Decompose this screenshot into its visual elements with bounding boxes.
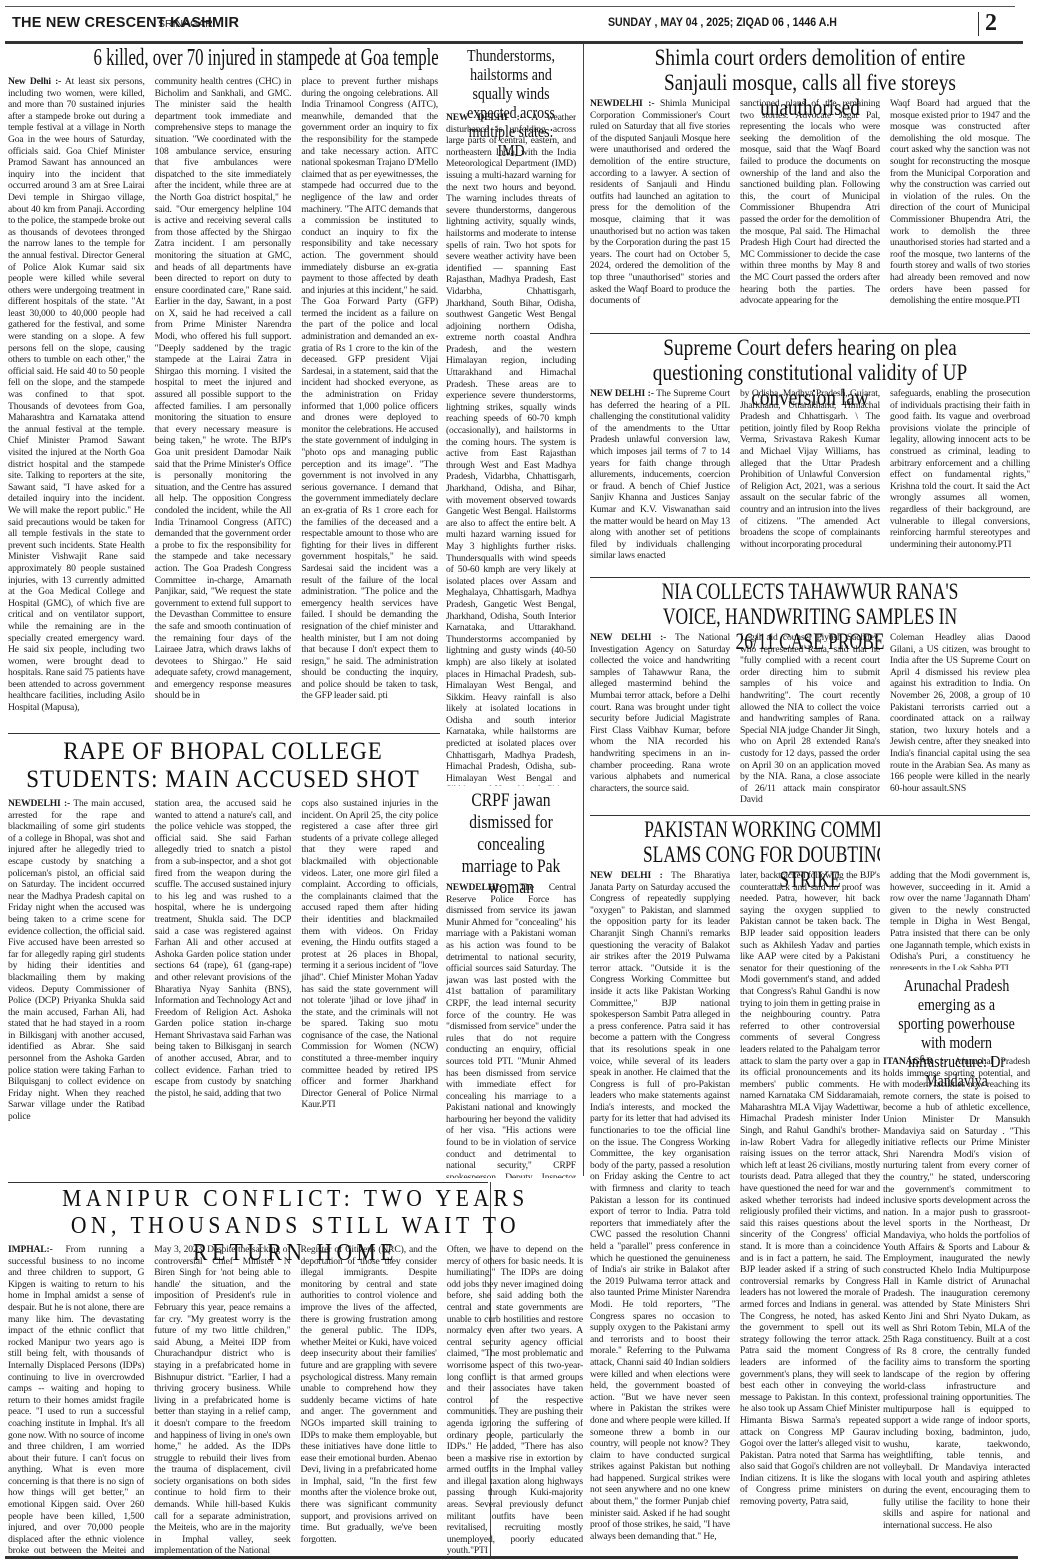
dateline: New Delhi :- [8,76,61,87]
divider [590,815,1030,816]
article-column: station area, the accused said he wanted… [155,798,292,1176]
divider [590,333,1030,334]
article-column: place to prevent further mishaps during … [301,76,438,730]
article-column: New Delhi :- At least six persons, inclu… [8,76,145,730]
article-column: NEW DELHI : The Bharatiya Janata Party o… [590,870,730,1556]
headline: Shimla court orders demolition of entire… [590,46,1030,98]
headline: RAPE OF BHOPAL COLLEGE STUDENTS: MAIN AC… [8,738,438,798]
article-column: Coleman Headley alias Daood Gilani, a US… [890,632,1030,810]
page-number-divider [978,12,979,36]
masthead: THE NEW CRESCENT KASHMIR SRINAGAR SUNDAY… [0,0,1043,44]
article-column: NEW DELHI :- The National Investigation … [590,632,730,810]
article-imd-weather: Thunderstorms, hailstorms and squally wi… [446,46,576,786]
headline: CRPF jawan dismissed for concealing marr… [458,790,565,882]
paper-city: SRINAGAR [158,18,213,30]
divider [590,577,1030,578]
article-column: community health centres (CHC) in Bichol… [155,76,292,730]
headline: Arunachal Pradesh emerging as a sporting… [896,976,1017,1056]
article-column: later, backtracked following the BJP's c… [740,870,880,1556]
article-column: NEW DELHI :- The Supreme Court has defer… [590,388,730,574]
article-supreme-court: Supreme Court defers hearing on plea que… [590,336,1030,576]
page-bottom-rule [5,1556,1018,1559]
article-column: sanctioned plans of the remaining two st… [740,98,880,330]
article-column: ITANAGAR :- Arunachal Pradesh holds imme… [883,1056,1030,1556]
article-crpf-jawan: CRPF jawan dismissed for concealing marr… [446,790,576,1180]
divider [8,1182,488,1183]
article-column: Waqf Board had argued that the mosque ex… [890,98,1030,330]
article-column: Legal aid counsel Piyush Sachdev, who re… [740,632,880,810]
headline: Supreme Court defers hearing on plea que… [590,336,1030,388]
page-number: 2 [985,10,997,37]
masthead-bottom-rule [5,41,1023,44]
dateline: NEW DELHI : [590,870,663,881]
issue-date: SUNDAY , MAY 04 , 2025; ZIQAD 06 , 1446 … [608,17,837,29]
article-column: Often, we have to depend on the mercy of… [447,1244,583,1556]
headline: PAKISTAN WORKING COMMITTTEE': BJP SLAMS … [590,818,880,870]
headline: MANIPUR CONFLICT: TWO YEARS ON, THOUSAND… [8,1186,583,1244]
dateline: NEWDELHI :- [8,798,70,809]
article-nia-rana: NIA COLLECTS TAHAWWUR RANA'S VOICE, HAND… [590,580,1030,812]
article-column: cops also sustained injuries in the inci… [301,798,438,1176]
article-bhopal: RAPE OF BHOPAL COLLEGE STUDENTS: MAIN AC… [8,738,438,1178]
article-shimla-mosque: Shimla court orders demolition of entire… [590,46,1030,332]
headline: 6 killed, over 70 injured in stampede at… [8,46,438,76]
article-column: NEWDELHI :- The main accused, arrested f… [8,798,145,1176]
column-divider [583,44,584,1176]
masthead-top-rule [5,6,1015,7]
article-column: Register of Citizens (NRC), and the depo… [301,1244,437,1556]
article-column: IMPHAL:- From running a successful busin… [8,1244,144,1556]
headline: NIA COLLECTS TAHAWWUR RANA'S VOICE, HAND… [590,580,1030,632]
article-column: NEWDELHI :- Shimla Municipal Corporation… [590,98,730,330]
divider [8,733,440,734]
article-goa-stampede: 6 killed, over 70 injured in stampede at… [8,46,438,732]
article-column: adding that the Modi government is, howe… [890,870,1030,970]
article-column: safeguards, enabling the prosecution of … [890,388,1030,574]
article-arunachal: Arunachal Pradesh emerging as a sporting… [883,976,1030,1556]
article-column: NEW DELHI :- A weather disturbance is un… [446,112,576,786]
article-column: by Odisha, Madhya Pradesh, Gujarat, Jhar… [740,388,880,574]
headline: Thunderstorms, hailstorms and squally wi… [458,46,565,112]
article-manipur: MANIPUR CONFLICT: TWO YEARS ON, THOUSAND… [8,1186,583,1556]
article-column: NEWDELHI:- The Central Reserve Police Fo… [446,882,576,1178]
article-column: May 3, 2023. Despite the sacking of cont… [154,1244,290,1556]
